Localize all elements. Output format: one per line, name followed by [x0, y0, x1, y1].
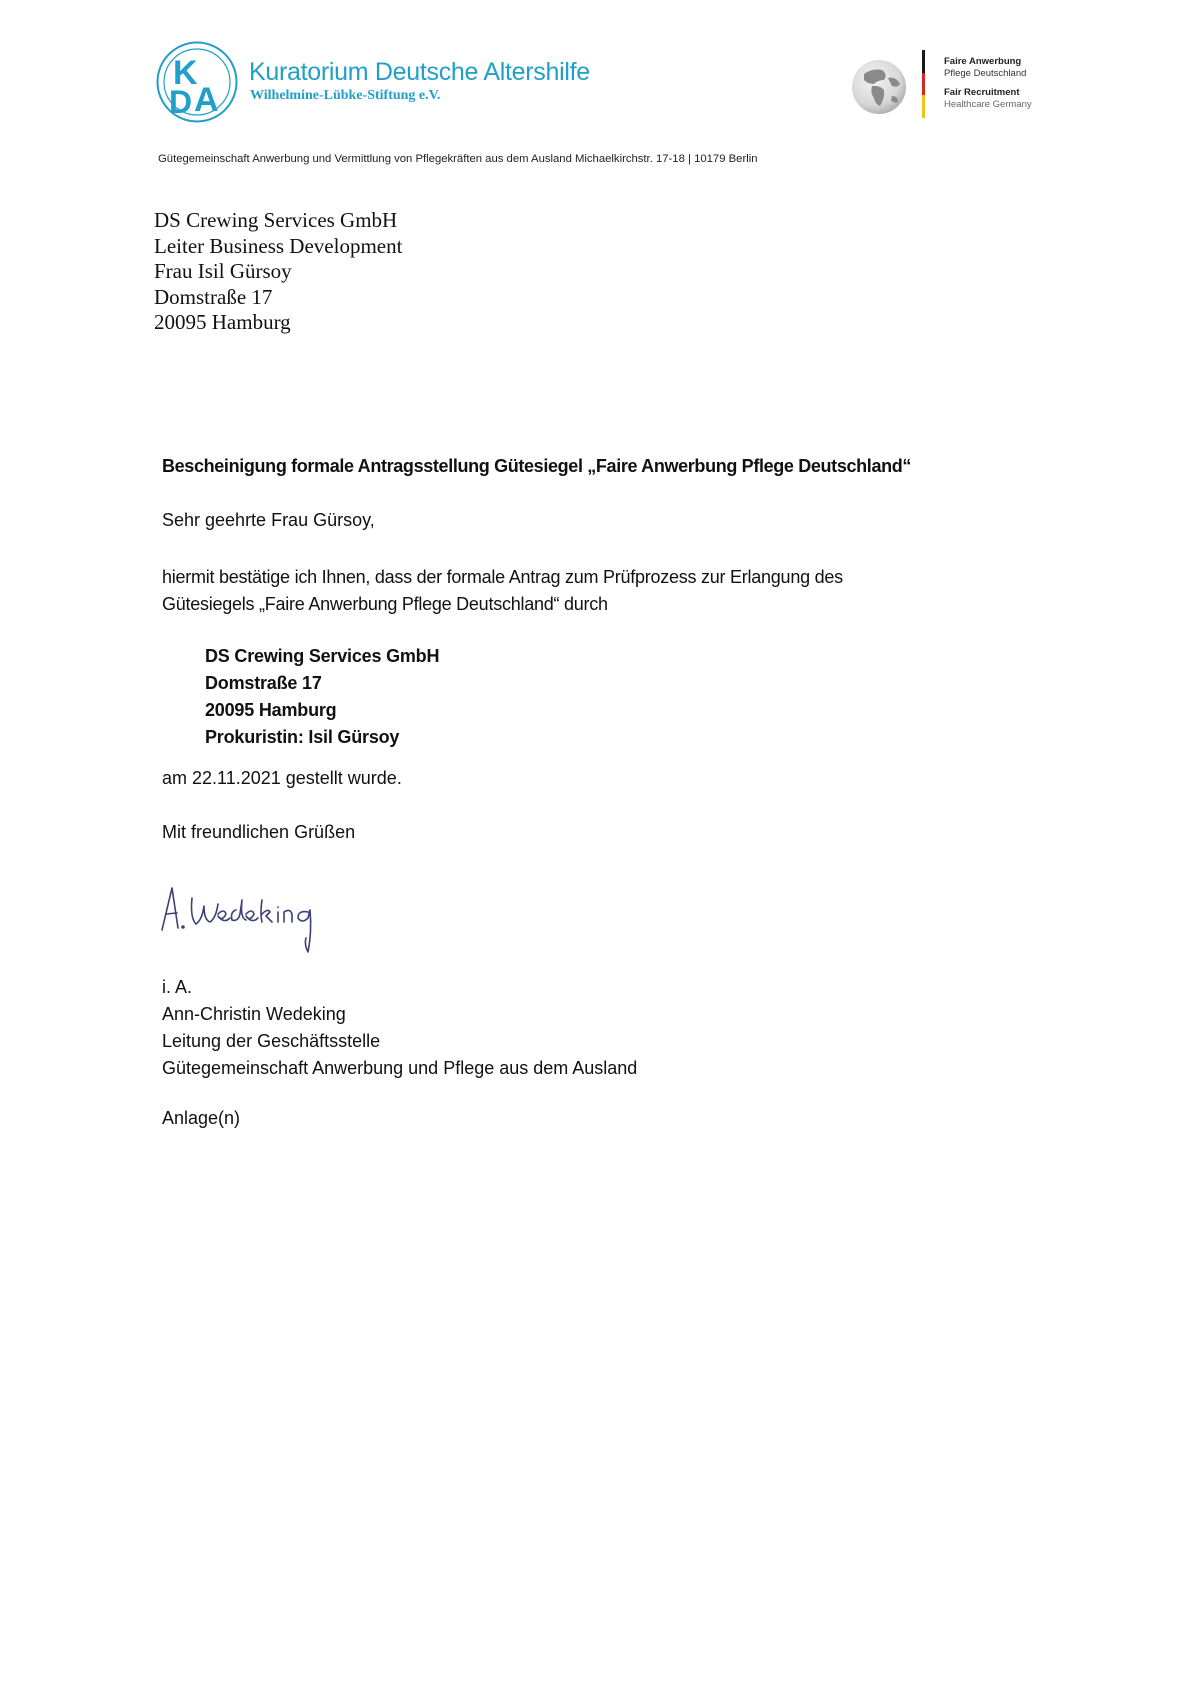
org-name: Kuratorium Deutsche Altershilfe	[249, 58, 590, 87]
fair-recruitment-seal: Faire Anwerbung Pflege Deutschland Fair …	[944, 56, 1032, 111]
org-subtitle: Wilhelmine-Lübke-Stiftung e.V.	[250, 88, 440, 104]
letter-subject: Bescheinigung formale Antragsstellung Gü…	[162, 456, 911, 477]
signer-line: Leitung der Geschäftsstelle	[162, 1028, 637, 1055]
signer-line: i. A.	[162, 974, 637, 1001]
sender-return-address: Gütegemeinschaft Anwerbung und Vermittlu…	[158, 153, 818, 166]
handwritten-signature	[158, 880, 348, 960]
submission-date-line: am 22.11.2021 gestellt wurde.	[162, 768, 402, 789]
closing: Mit freundlichen Grüßen	[162, 822, 355, 843]
globe-icon	[850, 58, 908, 116]
attachments-note: Anlage(n)	[162, 1108, 240, 1129]
signer-line: Gütegemeinschaft Anwerbung und Pflege au…	[162, 1055, 637, 1082]
seal-de-title: Faire Anwerbung	[944, 56, 1032, 68]
recipient-line: Leiter Business Development	[154, 234, 402, 260]
signer-line: Ann-Christin Wedeking	[162, 1001, 637, 1028]
applicant-address: DS Crewing Services GmbH Domstraße 17 20…	[205, 643, 439, 751]
seal-en-subtitle: Healthcare Germany	[944, 99, 1032, 111]
svg-text:D: D	[169, 84, 192, 120]
salutation: Sehr geehrte Frau Gürsoy,	[162, 510, 375, 531]
applicant-line: DS Crewing Services GmbH	[205, 643, 439, 670]
applicant-line: Domstraße 17	[205, 670, 439, 697]
paragraph-line: hiermit bestätige ich Ihnen, dass der fo…	[162, 564, 843, 591]
signer-block: i. A. Ann-Christin Wedeking Leitung der …	[162, 974, 637, 1082]
svg-text:A: A	[194, 81, 219, 119]
seal-de-subtitle: Pflege Deutschland	[944, 68, 1032, 80]
seal-en-title: Fair Recruitment	[944, 87, 1032, 99]
applicant-line: 20095 Hamburg	[205, 697, 439, 724]
applicant-line: Prokuristin: Isil Gürsoy	[205, 724, 439, 751]
recipient-line: Frau Isil Gürsoy	[154, 259, 402, 285]
recipient-line: 20095 Hamburg	[154, 310, 402, 336]
recipient-line: Domstraße 17	[154, 285, 402, 311]
german-flag-bar	[922, 50, 925, 118]
paragraph-line: Gütesiegels „Faire Anwerbung Pflege Deut…	[162, 591, 843, 618]
recipient-address: DS Crewing Services GmbH Leiter Business…	[154, 208, 402, 336]
recipient-line: DS Crewing Services GmbH	[154, 208, 402, 234]
kda-logo-icon: K D A	[156, 41, 238, 123]
body-paragraph: hiermit bestätige ich Ihnen, dass der fo…	[162, 564, 843, 618]
